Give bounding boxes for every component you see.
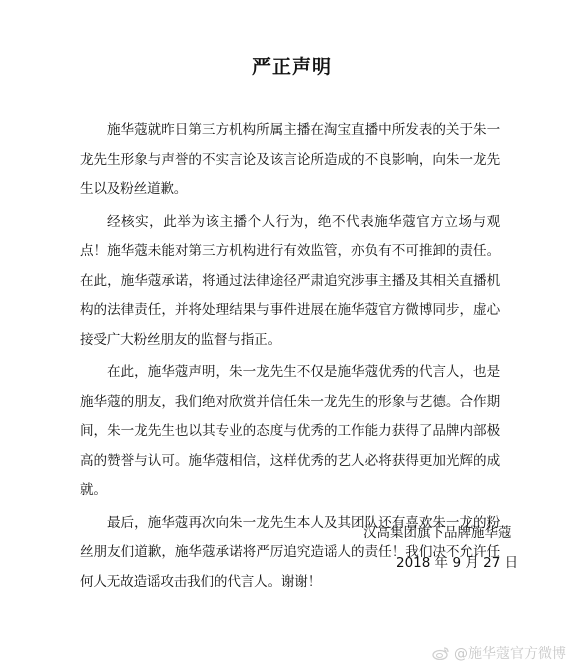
weibo-icon xyxy=(432,646,450,660)
weibo-watermark: @施华蔻官方微博 xyxy=(432,643,566,663)
paragraph-2: 经核实，此举为该主播个人行为，绝不代表施华蔻官方立场与观点！施华蔻未能对第三方机… xyxy=(80,208,500,356)
paragraph-3: 在此，施华蔻声明，朱一龙先生不仅是施华蔻优秀的代言人，也是施华蔻的朋友，我们绝对… xyxy=(80,358,500,506)
signature: 汉高集团旗下品牌施华蔻 xyxy=(363,521,512,541)
date: 2018 年 9 月 27 日 xyxy=(396,551,518,571)
watermark-text: @施华蔻官方微博 xyxy=(454,643,566,663)
document-title: 严正声明 xyxy=(0,52,584,79)
paragraph-1: 施华蔻就昨日第三方机构所属主播在淘宝直播中所发表的关于朱一龙先生形象与声誉的不实… xyxy=(80,116,500,205)
